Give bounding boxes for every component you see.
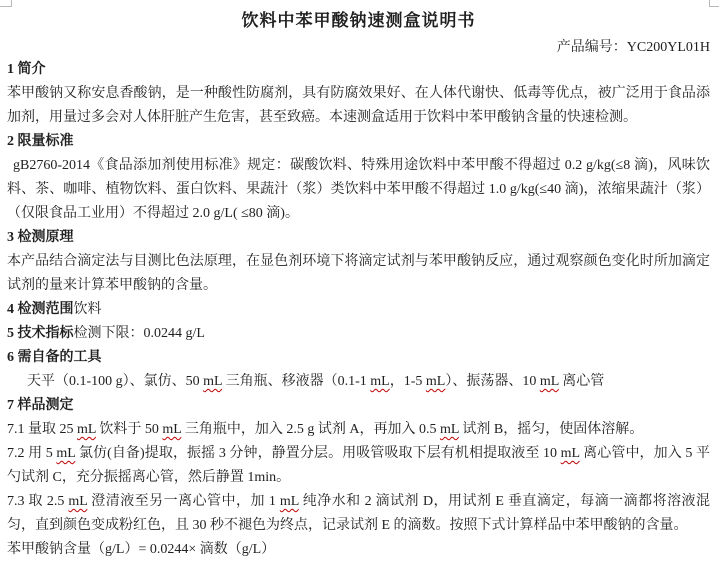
section-1-paragraph: 苯甲酸钠又称安息香酸钠，是一种酸性防腐剂，具有防腐效果好、在人体代谢快、低毒等优… <box>7 82 710 130</box>
product-code: 产品编号：YC200YL01H <box>7 38 710 58</box>
section-4-text: 饮料 <box>74 302 102 317</box>
spellcheck-marked-text: mL <box>370 374 389 389</box>
text-run: 7.3 取 2.5 <box>7 494 68 509</box>
section-1-heading: 1 简介 <box>7 58 710 82</box>
section-6-heading: 6 需自备的工具 <box>7 346 710 370</box>
text-run: 7.1 量取 25 <box>7 422 77 437</box>
spellcheck-marked-text: mL <box>561 446 580 461</box>
spellcheck-marked-text: mL <box>540 374 559 389</box>
section-2-paragraph: gB2760-2014《食品添加剂使用标准》规定：碳酸饮料、特殊用途饮料中苯甲酸… <box>7 154 710 226</box>
spellcheck-marked-text: mL <box>68 494 87 509</box>
section-4-line: 4 检测范围饮料 <box>7 298 710 322</box>
document-body: 1 简介 苯甲酸钠又称安息香酸钠，是一种酸性防腐剂，具有防腐效果好、在人体代谢快… <box>7 58 710 562</box>
spellcheck-marked-text: mL <box>440 422 459 437</box>
text-run: 三角瓶、移液器（0.1-1 <box>222 374 370 389</box>
formula-line: 苯甲酸钠含量（g/L）= 0.0244× 滴数（g/L） <box>7 538 710 562</box>
section-2-heading: 2 限量标准 <box>7 130 710 154</box>
text-run: 7.2 用 5 <box>7 446 56 461</box>
text-run: 苯甲酸钠又称安息香酸钠，是一种酸性防腐剂，具有防腐效果好、在人体代谢快、低毒等优… <box>7 86 710 125</box>
text-run: ）、振荡器、10 <box>445 374 540 389</box>
text-run: 澄清液至另一离心管中，加 1 <box>87 494 280 509</box>
section-7-step-2: 7.2 用 5 mL 氯仿(自备)提取，振摇 3 分钟，静置分层。用吸管吸取下层… <box>7 442 710 490</box>
document-title: 饮料中苯甲酸钠速测盒说明书 <box>7 9 710 33</box>
text-run: gB2760-2014《食品添加剂使用标准》规定：碳酸饮料、特殊用途饮料中苯甲酸… <box>7 158 710 221</box>
text-run: 本产品结合滴定法与目测比色法原理，在显色剂环境下将滴定试剂与苯甲酸钠反应，通过观… <box>7 254 710 293</box>
section-6-tools-line: 天平（0.1-100 g）、氯仿、50 mL 三角瓶、移液器（0.1-1 mL，… <box>7 370 710 394</box>
section-5-line: 5 技术指标检测下限：0.0244 g/L <box>7 322 710 346</box>
text-run: ，1-5 <box>390 374 426 389</box>
document-page: 饮料中苯甲酸钠速测盒说明书 产品编号：YC200YL01H 1 简介 苯甲酸钠又… <box>0 0 719 562</box>
spellcheck-marked-text: mL <box>162 422 181 437</box>
page-margin-mark-top-left <box>0 0 12 7</box>
spellcheck-marked-text: mL <box>280 494 299 509</box>
section-5-heading: 5 技术指标 <box>7 326 74 341</box>
text-run: 饮料于 50 <box>96 422 163 437</box>
section-3-heading: 3 检测原理 <box>7 226 710 250</box>
spellcheck-marked-text: mL <box>77 422 96 437</box>
text-run: 天平（0.1-100 g）、氯仿、50 <box>27 374 203 389</box>
text-run: 三角瓶中，加入 2.5 g 试剂 A，再加入 0.5 <box>181 422 440 437</box>
text-run: 离心管 <box>559 374 605 389</box>
text-run: 试剂 B，摇匀，使固体溶解。 <box>459 422 643 437</box>
spellcheck-marked-text: mL <box>56 446 75 461</box>
spellcheck-marked-text: mL <box>203 374 222 389</box>
page-margin-mark-top-right <box>709 0 719 7</box>
section-7-heading: 7 样品测定 <box>7 394 710 418</box>
section-7-step-1: 7.1 量取 25 mL 饮料于 50 mL 三角瓶中，加入 2.5 g 试剂 … <box>7 418 710 442</box>
section-3-paragraph: 本产品结合滴定法与目测比色法原理，在显色剂环境下将滴定试剂与苯甲酸钠反应，通过观… <box>7 250 710 298</box>
section-7-step-3: 7.3 取 2.5 mL 澄清液至另一离心管中，加 1 mL 纯净水和 2 滴试… <box>7 490 710 538</box>
spellcheck-marked-text: mL <box>426 374 445 389</box>
section-5-text: 检测下限：0.0244 g/L <box>74 326 205 341</box>
section-4-heading: 4 检测范围 <box>7 302 74 317</box>
text-run: 氯仿(自备)提取，振摇 3 分钟，静置分层。用吸管吸取下层有机相提取液至 10 <box>75 446 560 461</box>
